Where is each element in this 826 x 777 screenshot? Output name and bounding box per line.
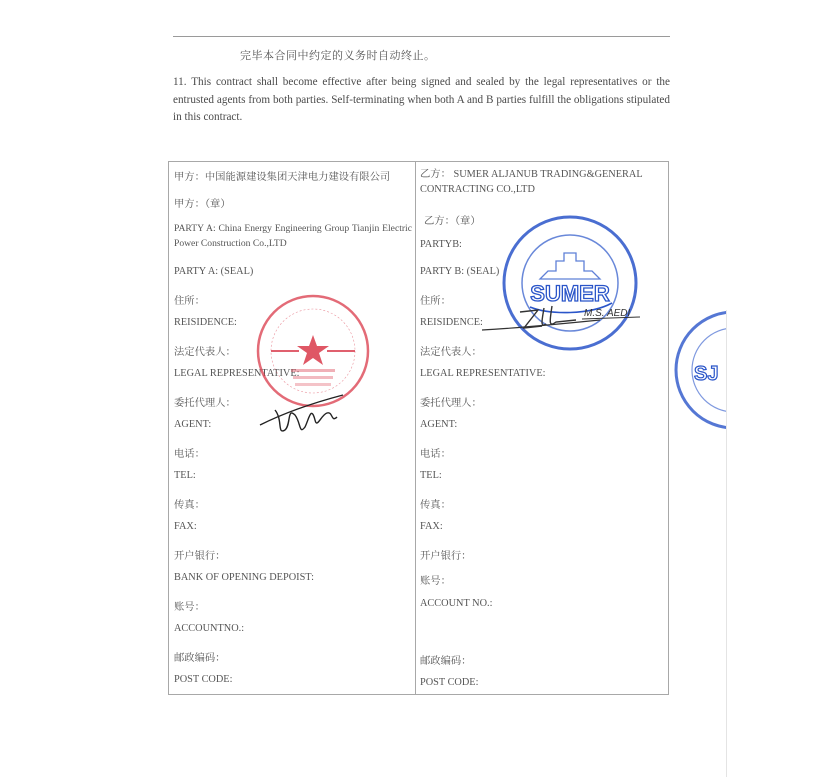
party-a-account-cn: 账号： — [174, 598, 205, 613]
partial-seal-icon: SJ — [672, 300, 726, 440]
party-a-post-cn: 邮政编码： — [174, 649, 225, 664]
partial-blue-seal: SJ — [672, 300, 726, 440]
party-a-name-en: PARTY A: China Energy Engineering Group … — [174, 221, 412, 251]
party-b-fax-en: FAX: — [420, 521, 443, 532]
page-edge-line — [726, 310, 727, 777]
party-b-seal-cn: 乙方：（章） — [424, 212, 481, 227]
party-a-bank-en: BANK OF OPENING DEPOIST: — [174, 572, 314, 583]
party-b-name-line: 乙方： SUMER ALJANUB TRADING&GENERAL CONTRA… — [420, 167, 664, 197]
party-b-fax-cn: 传真： — [420, 496, 451, 511]
column-divider — [415, 162, 416, 694]
party-a-residence-cn: 住所： — [174, 292, 205, 307]
party-a-name-cn: 甲方：中国能源建设集团天津电力建设有限公司 — [174, 168, 390, 183]
party-a-tel-en: TEL: — [174, 470, 196, 481]
party-b-post-en: POST CODE: — [420, 677, 478, 688]
party-b-account-en: ACCOUNT NO.: — [420, 598, 492, 609]
party-b-post-cn: 邮政编码： — [420, 652, 471, 667]
clause-11: 11. This contract shall become effective… — [173, 74, 670, 127]
party-a-agent-en: AGENT: — [174, 419, 211, 430]
party-a-legal-rep-en: LEGAL REPRESENTATIVE: — [174, 368, 300, 379]
party-b-tel-cn: 电话： — [420, 445, 451, 460]
party-b-name-en: PARTYB: — [420, 239, 462, 250]
party-b-tel-en: TEL: — [420, 470, 442, 481]
top-divider — [173, 36, 670, 37]
signature-table: 甲方：中国能源建设集团天津电力建设有限公司 甲方：（章） PARTY A: Ch… — [168, 161, 669, 695]
party-b-legal-rep-en: LEGAL REPRESENTATIVE: — [420, 368, 546, 379]
party-b-agent-en: AGENT: — [420, 419, 457, 430]
party-a-tel-cn: 电话： — [174, 445, 205, 460]
party-b-account-cn: 账号： — [420, 572, 451, 587]
party-a-seal-cn: 甲方：（章） — [174, 195, 231, 210]
party-a-fax-cn: 传真： — [174, 496, 205, 511]
party-b-residence-en: REISIDENCE: — [420, 317, 483, 328]
party-b-bank-cn: 开户银行： — [420, 547, 471, 562]
party-a-bank-cn: 开户银行： — [174, 547, 225, 562]
party-a-agent-cn: 委托代理人： — [174, 394, 236, 409]
party-b-residence-cn: 住所： — [420, 292, 451, 307]
party-a-post-en: POST CODE: — [174, 674, 232, 685]
svg-text:SJ: SJ — [694, 363, 718, 385]
party-a-fax-en: FAX: — [174, 521, 197, 532]
party-a-seal-en: PARTY A: (SEAL) — [174, 266, 253, 277]
party-a-account-en: ACCOUNTNO.: — [174, 623, 244, 634]
party-b-agent-cn: 委托代理人： — [420, 394, 482, 409]
clause-10-ending-cn: 完毕本合同中约定的义务时自动终止。 — [240, 47, 436, 63]
party-a-legal-rep-cn: 法定代表人： — [174, 343, 236, 358]
party-b-legal-rep-cn: 法定代表人： — [420, 343, 482, 358]
party-a-residence-en: REISIDENCE: — [174, 317, 237, 328]
party-b-seal-en: PARTY B: (SEAL) — [420, 266, 499, 277]
